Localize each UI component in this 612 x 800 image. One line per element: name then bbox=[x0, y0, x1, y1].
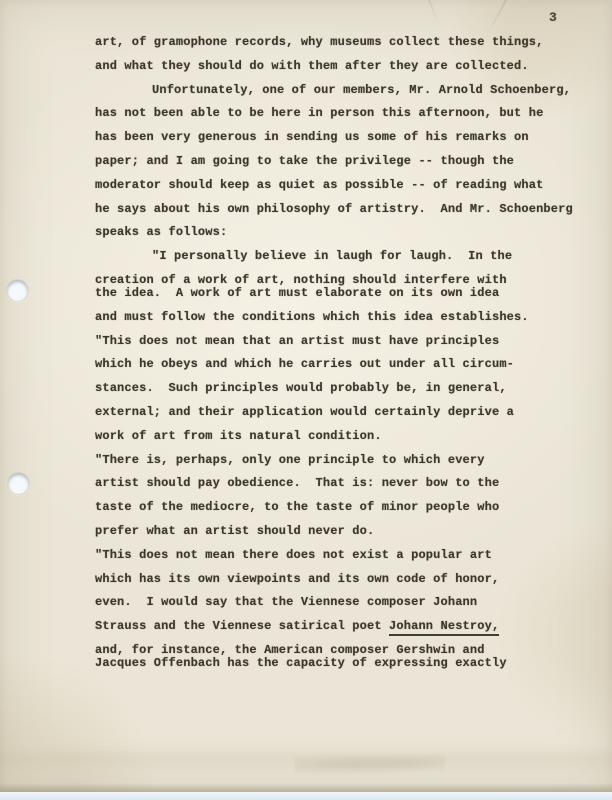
text-line: taste of the mediocre, to the taste of m… bbox=[95, 501, 585, 514]
paper-bottom-edge bbox=[0, 783, 612, 792]
text-line: external; and their application would ce… bbox=[95, 406, 585, 419]
text-segment: the idea. A work of art must elaborate o… bbox=[95, 286, 499, 300]
text-line: Jacques Offenbach has the capacity of ex… bbox=[95, 657, 585, 670]
paper-crease bbox=[487, 0, 508, 34]
text-line: prefer what an artist should never do. bbox=[95, 525, 585, 538]
text-segment: "I personally believe in laugh for laugh… bbox=[152, 249, 512, 263]
typewritten-text: art, of gramophone records, why museums … bbox=[95, 36, 585, 670]
text-segment: prefer what an artist should never do. bbox=[95, 524, 374, 538]
text-segment: external; and their application would ce… bbox=[95, 405, 514, 419]
text-line: which he obeys and which he carries out … bbox=[95, 358, 585, 371]
text-line: and must follow the conditions which thi… bbox=[95, 311, 585, 324]
text-segment: has been very generous in sending us som… bbox=[95, 130, 529, 144]
text-segment: and what they should do with them after … bbox=[95, 59, 529, 73]
text-line: work of art from its natural condition. bbox=[95, 430, 585, 443]
text-line: speaks as follows: bbox=[95, 226, 585, 239]
scanned-page: 3 art, of gramophone records, why museum… bbox=[0, 0, 612, 792]
text-segment: paper; and I am going to take the privil… bbox=[95, 154, 514, 168]
text-line: "I personally believe in laugh for laugh… bbox=[95, 250, 585, 263]
underlined-text: Johann Nestroy, bbox=[389, 619, 499, 636]
text-segment: which he obeys and which he carries out … bbox=[95, 357, 514, 371]
text-line: has been very generous in sending us som… bbox=[95, 131, 585, 144]
text-segment: stances. Such principles would probably … bbox=[95, 381, 507, 395]
text-segment: work of art from its natural condition. bbox=[95, 429, 382, 443]
text-line: even. I would say that the Viennese comp… bbox=[95, 596, 585, 609]
text-segment: moderator should keep as quiet as possib… bbox=[95, 178, 543, 192]
punch-hole-bottom bbox=[8, 473, 29, 494]
paper-smudge bbox=[295, 754, 445, 774]
paper-wrinkle bbox=[0, 744, 612, 776]
text-segment: which has its own viewpoints and its own… bbox=[95, 572, 499, 586]
text-segment: "There is, perhaps, only one principle t… bbox=[95, 453, 485, 467]
text-line: art, of gramophone records, why museums … bbox=[95, 36, 585, 49]
text-segment: he says about his own philosophy of arti… bbox=[95, 202, 573, 216]
paper-crease bbox=[427, 0, 439, 23]
text-line: he says about his own philosophy of arti… bbox=[95, 203, 585, 216]
text-line: Unfortunately, one of our members, Mr. A… bbox=[95, 84, 585, 97]
text-segment: art, of gramophone records, why museums … bbox=[95, 35, 543, 49]
text-segment: speaks as follows: bbox=[95, 225, 227, 239]
text-line: the idea. A work of art must elaborate o… bbox=[95, 287, 585, 300]
text-line: and what they should do with them after … bbox=[95, 60, 585, 73]
text-line: which has its own viewpoints and its own… bbox=[95, 573, 585, 586]
text-segment: has not been able to be here in person t… bbox=[95, 106, 543, 120]
text-line: has not been able to be here in person t… bbox=[95, 107, 585, 120]
text-segment: Strauss and the Viennese satirical poet bbox=[95, 619, 389, 633]
text-line: stances. Such principles would probably … bbox=[95, 382, 585, 395]
text-segment: even. I would say that the Viennese comp… bbox=[95, 595, 477, 609]
text-segment: taste of the mediocre, to the taste of m… bbox=[95, 500, 499, 514]
punch-hole-top bbox=[7, 280, 28, 301]
text-segment: and, for instance, the American composer… bbox=[95, 643, 485, 657]
text-line: "This does not mean there does not exist… bbox=[95, 549, 585, 562]
text-segment: and must follow the conditions which thi… bbox=[95, 310, 529, 324]
text-segment: artist should pay obedience. That is: ne… bbox=[95, 476, 499, 490]
text-line: Strauss and the Viennese satirical poet … bbox=[95, 620, 585, 633]
text-segment: creation of a work of art, nothing shoul… bbox=[95, 273, 507, 287]
text-line: paper; and I am going to take the privil… bbox=[95, 155, 585, 168]
page-number: 3 bbox=[549, 10, 557, 25]
text-line: "This does not mean that an artist must … bbox=[95, 335, 585, 348]
scanned-document-view: 3 art, of gramophone records, why museum… bbox=[0, 0, 612, 800]
text-segment: "This does not mean that an artist must … bbox=[95, 334, 499, 348]
text-segment: "This does not mean there does not exist… bbox=[95, 548, 492, 562]
text-segment: Unfortunately, one of our members, Mr. A… bbox=[152, 83, 571, 97]
scanner-background bbox=[0, 792, 612, 800]
text-line: moderator should keep as quiet as possib… bbox=[95, 179, 585, 192]
text-line: "There is, perhaps, only one principle t… bbox=[95, 454, 585, 467]
text-line: artist should pay obedience. That is: ne… bbox=[95, 477, 585, 490]
text-segment: Jacques Offenbach has the capacity of ex… bbox=[95, 656, 507, 670]
